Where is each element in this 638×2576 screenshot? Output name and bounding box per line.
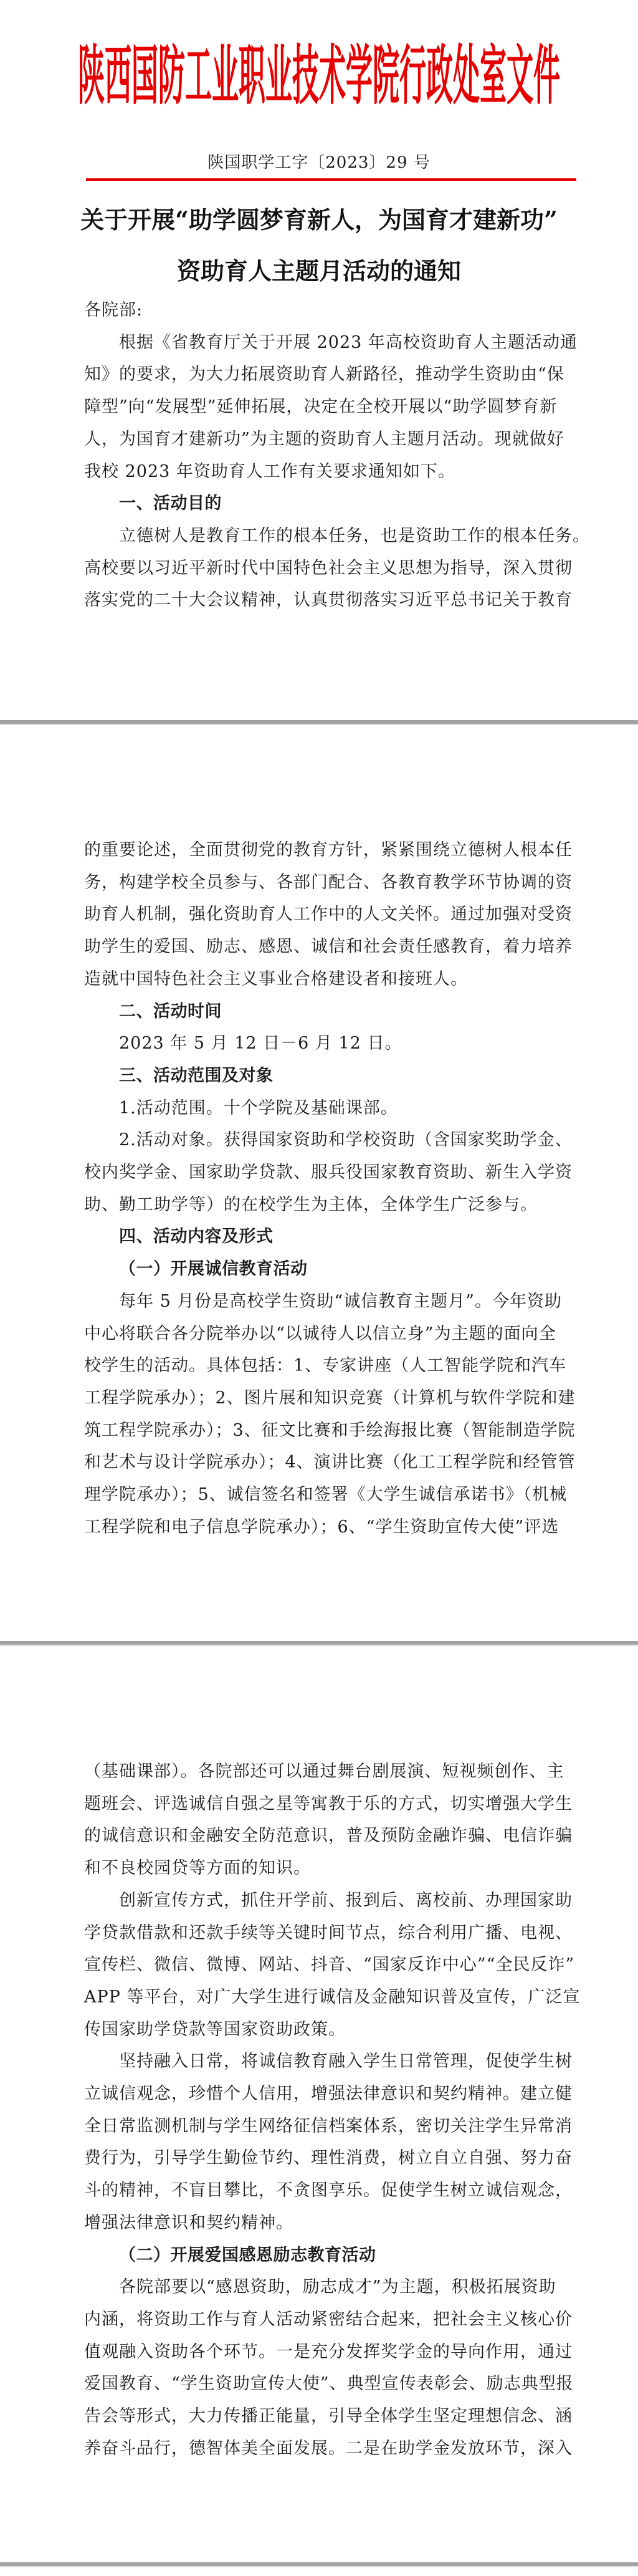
body-line: 1.活动范围。十个学院及基础课部。 — [84, 1092, 583, 1125]
body-line: 立诚信观念，珍惜个人信用，增强法律意识和契约精神。建立健 — [84, 2078, 583, 2110]
body-line: 传国家助学贷款等国家资助政策。 — [84, 2014, 583, 2046]
doc-title-line2: 资助育人主题月活动的通知 — [0, 252, 638, 286]
body-line: 值观融入资助各个环节。一是充分发挥奖学金的导向作用，通过 — [84, 2336, 583, 2368]
body-line: 爱国教育、“学生资助宣传大使”、典型宣传表彰会、励志典型报 — [84, 2368, 583, 2400]
section-heading: 三、活动范围及对象 — [84, 1060, 583, 1092]
body-line: 2.活动对象。获得国家资助和学校资助（含国家奖助学金、 — [84, 1124, 583, 1156]
body-line: 养奋斗品行，德智体美全面发展。二是在助学金发放环节，深入 — [84, 2433, 583, 2465]
section-heading: （二）开展爱国感恩励志教育活动 — [84, 2239, 583, 2272]
section-heading: 二、活动时间 — [84, 996, 583, 1028]
page-3-text: （基础课部）。各院部还可以通过舞台剧展演、短视频创作、主 题班会、评选诚信自强之… — [84, 1756, 583, 2464]
body-line: 2023 年 5 月 12 日－6 月 12 日。 — [84, 1027, 583, 1060]
body-line: 理学院承办）；5、诚信签名和签署《大学生诚信承诺书》（机械 — [84, 1479, 583, 1511]
body-line: 落实党的二十大会议精神，认真贯彻落实习近平总书记关于教育 — [84, 584, 583, 617]
body-line: 创新宣传方式，抓住开学前、报到后、离校前、办理国家助 — [84, 1885, 583, 1917]
body-line: 务，构建学校全员参与、各部门配合、各教育教学环节协调的资 — [84, 867, 583, 899]
body-line: 校学生的活动。具体包括：1、专家讲座（人工智能学院和汽车 — [84, 1350, 583, 1382]
body-line: 助学生的爱国、励志、感恩、诚信和社会责任感教育，着力培养 — [84, 931, 583, 963]
body-line: 增强法律意识和契约精神。 — [84, 2207, 583, 2239]
body-line: 全日常监测机制与学生网络征信档案体系，密切关注学生异常消 — [84, 2110, 583, 2143]
section-heading: （一）开展诚信教育活动 — [84, 1253, 583, 1286]
body-line: 障型”向“发展型”延伸拓展，决定在全校开展以“助学圆梦育新 — [84, 391, 583, 423]
body-line: （基础课部）。各院部还可以通过舞台剧展演、短视频创作、主 — [84, 1756, 583, 1788]
body-line: 的诚信意识和金融安全防范意识，普及预防金融诈骗、电信诈骗 — [84, 1820, 583, 1852]
body-line: 工程学院和电子信息学院承办）；6、“学生资助宣传大使”评选 — [84, 1511, 583, 1544]
doc-title-line1: 关于开展“助学圆梦育新人，为国育才建新功” — [0, 201, 638, 235]
section-heading: 四、活动内容及形式 — [84, 1221, 583, 1253]
body-line: 各院部要以“感恩资助，励志成才”为主题，积极拓展资助 — [84, 2271, 583, 2304]
body-line: APP 等平台，对广大学生进行诚信及金融知识普及宣传，广泛宣 — [84, 1981, 583, 2014]
doc-number: 陕国职学工字〔2023〕29 号 — [0, 150, 638, 173]
page-2-text: 的重要论述，全面贯彻党的教育方针，紧紧围绕立德树人根本任 务，构建学校全员参与、… — [84, 834, 583, 1543]
body-line: 和艺术与设计学院承办）；4、演讲比赛（化工工程学院和经管管 — [84, 1446, 583, 1479]
section-heading: 一、活动目的 — [84, 488, 583, 520]
red-header-banner: 陕西国防工业职业技术学院行政处室文件 — [0, 41, 638, 71]
salutation: 各院部: — [84, 294, 583, 327]
body-line: 造就中国特色社会主义事业合格建设者和接班人。 — [84, 963, 583, 996]
body-line: 每年 5 月份是高校学生资助“诚信教育主题月”。今年资助 — [84, 1286, 583, 1318]
body-line: 费行为，引导学生勤俭节约、理性消费，树立自立自强、努力奋 — [84, 2142, 583, 2175]
body-line: 我校 2023 年资助育人工作有关要求通知如下。 — [84, 456, 583, 488]
body-line: 工程学院承办）；2、图片展和知识竞赛（计算机与软件学院和建 — [84, 1382, 583, 1415]
page-separator — [0, 720, 638, 725]
body-line: 知》的要求，为大力拓展资助育人新路径，推动学生资助由“保 — [84, 358, 583, 391]
body-line: 助育人机制，强化资助育人工作中的人文关怀。通过加强对受资 — [84, 898, 583, 931]
body-line: 学贷款借款和还款手续等关键时间节点，综合利用广播、电视、 — [84, 1917, 583, 1949]
body-line: 筑工程学院承办）；3、征文比赛和手绘海报比赛（智能制造学院 — [84, 1415, 583, 1447]
org-title: 陕西国防工业职业技术学院行政处室文件 — [78, 41, 560, 113]
body-line: 立德树人是教育工作的根本任务，也是资助工作的根本任务。 — [84, 520, 583, 552]
body-line: 的重要论述，全面贯彻党的教育方针，紧紧围绕立德树人根本任 — [84, 834, 583, 867]
body-line: 助、勤工助学等）的在校学生为主体，全体学生广泛参与。 — [84, 1189, 583, 1221]
body-line: 宣传栏、微信、微博、网站、抖音、“国家反诈中心”“全民反诈” — [84, 1949, 583, 1981]
body-line: 中心将联合各分院举办以“以诚待人以信立身”为主题的面向全 — [84, 1318, 583, 1350]
body-line: 和不良校园贷等方面的知识。 — [84, 1852, 583, 1885]
page-separator — [0, 1641, 638, 1646]
page-separator — [0, 2562, 638, 2567]
body-line: 坚持融入日常，将诚信教育融入学生日常管理，促使学生树 — [84, 2045, 583, 2078]
red-divider-line — [86, 178, 576, 181]
body-line: 内涵，将资助工作与育人活动紧密结合起来，把社会主义核心价 — [84, 2304, 583, 2336]
body-line: 高校要以习近平新时代中国特色社会主义思想为指导，深入贯彻 — [84, 552, 583, 585]
body-line: 根据《省教育厅关于开展 2023 年高校资助育人主题活动通 — [84, 327, 583, 359]
page-1-text: 各院部: 根据《省教育厅关于开展 2023 年高校资助育人主题活动通 知》的要求… — [84, 294, 583, 617]
body-line: 斗的精神，不盲目攀比，不贪图享乐。促使学生树立诚信观念， — [84, 2175, 583, 2207]
document-viewer: 陕西国防工业职业技术学院行政处室文件 陕国职学工字〔2023〕29 号 关于开展… — [0, 0, 638, 2576]
body-line: 校内奖学金、国家助学贷款、服兵役国家教育资助、新生入学资 — [84, 1156, 583, 1189]
body-line: 人，为国育才建新功”为主题的资助育人主题月活动。现就做好 — [84, 423, 583, 456]
body-line: 告会等形式，大力传播正能量，引导全体学生坚定理想信念、涵 — [84, 2400, 583, 2433]
body-line: 题班会、评选诚信自强之星等寓教于乐的方式，切实增强大学生 — [84, 1788, 583, 1820]
